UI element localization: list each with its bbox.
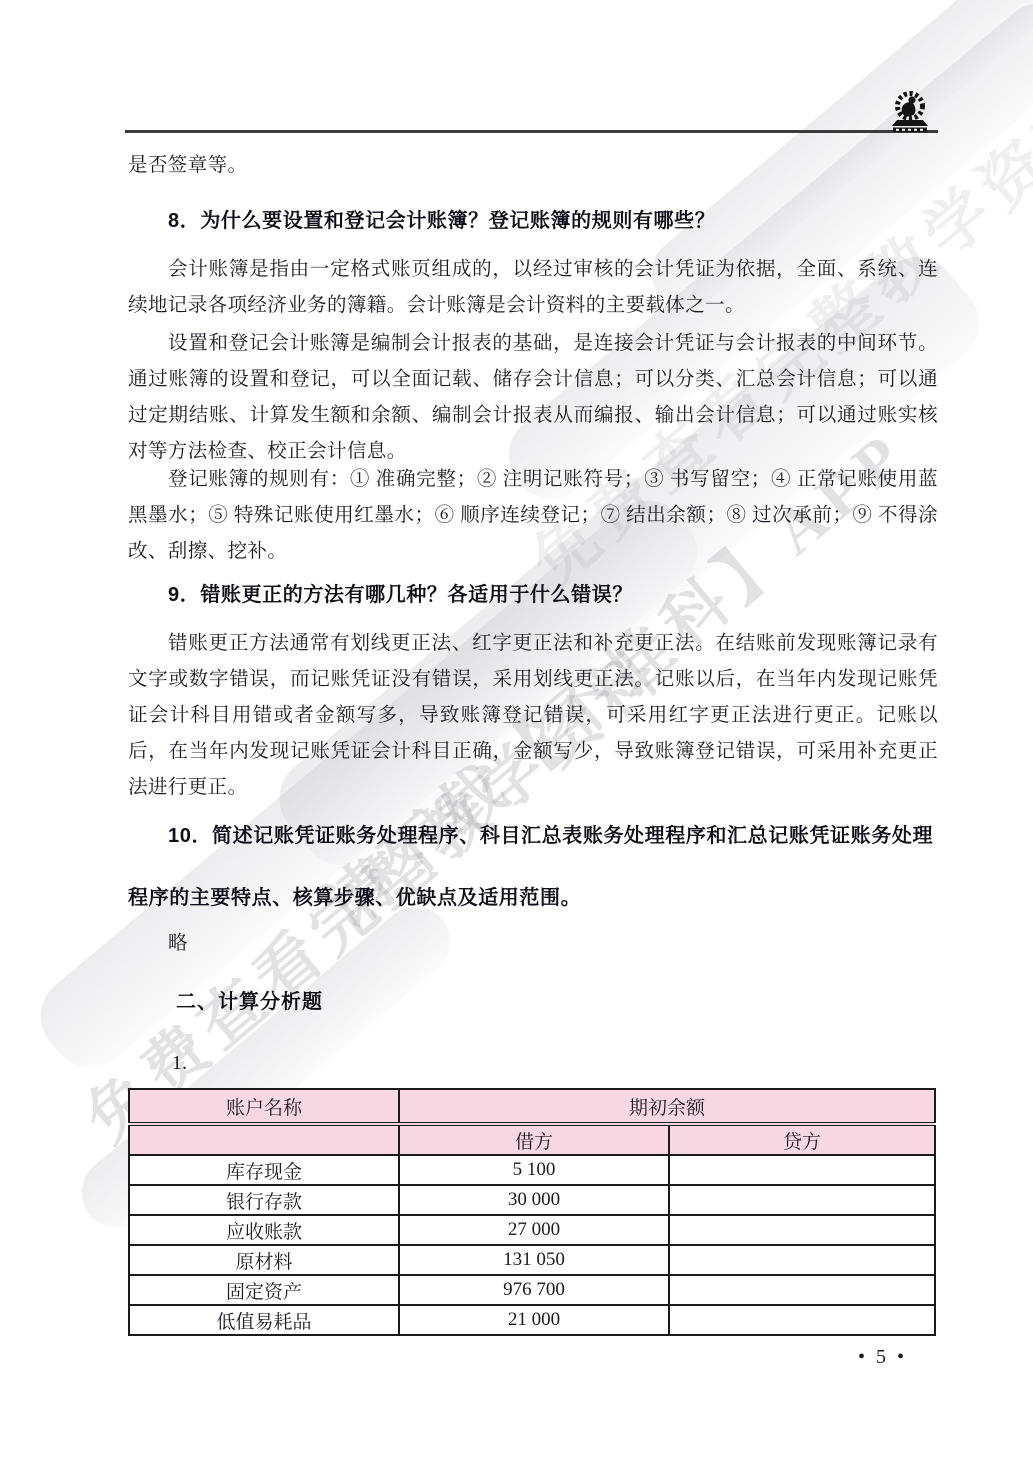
table-row: 固定资产 976 700 — [129, 1275, 935, 1305]
opening-balance-table: 账户名称 期初余额 借方 贷方 库存现金 5 100 银行存款 30 000 应… — [128, 1088, 936, 1336]
opening-balance-header: 期初余额 — [399, 1089, 935, 1124]
debit-value-cell: 21 000 — [399, 1305, 669, 1335]
table-group-header-row: 账户名称 期初余额 — [129, 1089, 935, 1124]
credit-value-cell — [669, 1185, 935, 1215]
table-row: 应收账款 27 000 — [129, 1215, 935, 1245]
account-name-header: 账户名称 — [129, 1089, 399, 1124]
table-row: 原材料 131 050 — [129, 1245, 935, 1275]
section-2-heading: 二、计算分析题 — [128, 984, 938, 1020]
credit-value-cell — [669, 1215, 935, 1245]
account-name-cell: 库存现金 — [129, 1155, 399, 1185]
publisher-seal-icon — [884, 88, 934, 134]
table-row: 低值易耗品 21 000 — [129, 1305, 935, 1335]
credit-value-cell — [669, 1245, 935, 1275]
q10-heading-line-2: 程序的主要特点、核算步骤、优缺点及适用范围。 — [128, 880, 938, 916]
credit-value-cell — [669, 1155, 935, 1185]
table-row: 银行存款 30 000 — [129, 1185, 935, 1215]
debit-header: 借方 — [399, 1124, 669, 1155]
q10-heading-line-1: 10．简述记账凭证账务处理程序、科目汇总表账务处理程序和汇总记账凭证账务处理 — [128, 818, 938, 854]
q8-paragraph-2: 设置和登记会计账簿是编制会计报表的基础，是连接会计凭证与会计报表的中间环节。通过… — [128, 326, 938, 470]
account-name-cell: 原材料 — [129, 1245, 399, 1275]
debit-value-cell: 27 000 — [399, 1215, 669, 1245]
credit-header: 贷方 — [669, 1124, 935, 1155]
q8-heading: 8．为什么要设置和登记会计账簿？登记账簿的规则有哪些？ — [128, 203, 938, 239]
account-name-cell: 应收账款 — [129, 1215, 399, 1245]
item-1-label: 1. — [128, 1046, 938, 1082]
debit-value-cell: 5 100 — [399, 1155, 669, 1185]
q8-paragraph-3: 登记账簿的规则有：① 准确完整；② 注明记账符号；③ 书写留空；④ 正常记账使用… — [128, 462, 938, 570]
debit-value-cell: 131 050 — [399, 1245, 669, 1275]
page-number: • 5 • — [858, 1346, 907, 1369]
q9-paragraph-1: 错账更正方法通常有划线更正法、红字更正法和补充更正法。在结账前发现账簿记录有文字… — [128, 626, 938, 806]
table-row: 库存现金 5 100 — [129, 1155, 935, 1185]
empty-header-cell — [129, 1124, 399, 1155]
debit-value-cell: 30 000 — [399, 1185, 669, 1215]
intro-text: 是否签章等。 — [128, 148, 938, 184]
q9-heading: 9．错账更正的方法有哪几种？各适用于什么错误？ — [128, 577, 938, 613]
q8-paragraph-1: 会计账簿是指由一定格式账页组成的，以经过审核的会计凭证为依据，全面、系统、连续地… — [128, 252, 938, 324]
header-rule — [125, 130, 938, 133]
account-name-cell: 低值易耗品 — [129, 1305, 399, 1335]
credit-value-cell — [669, 1275, 935, 1305]
debit-value-cell: 976 700 — [399, 1275, 669, 1305]
credit-value-cell — [669, 1305, 935, 1335]
account-name-cell: 银行存款 — [129, 1185, 399, 1215]
document-page: 免费查看完整教学资料 请下载【不挂科】APP 免费查看完整教学资料 是否签章等。… — [0, 0, 1033, 1459]
table-subheader-row: 借方 贷方 — [129, 1124, 935, 1155]
account-name-cell: 固定资产 — [129, 1275, 399, 1305]
q10-answer: 略 — [128, 926, 938, 962]
